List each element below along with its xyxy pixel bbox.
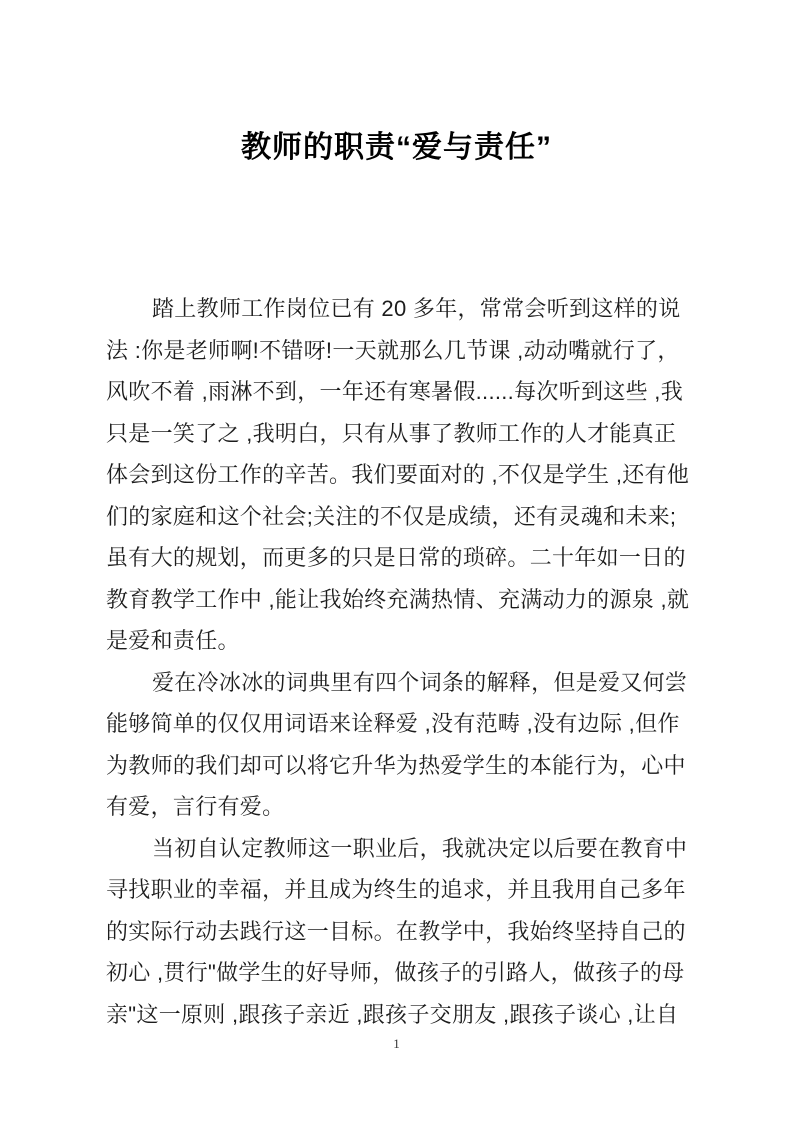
text-line: 能够简单的仅仅用词语来诠释爱 ,没有范畴 ,没有边际 ,但作	[106, 703, 684, 745]
text-line: 初心 ,贯行"做学生的好导师，做孩子的引路人，做孩子的母	[106, 952, 684, 994]
text-line: 只是一笑了之 ,我明白，只有从事了教师工作的人才能真正	[106, 413, 684, 455]
document-page: 教师的职责“爱与责任” 踏上教师工作岗位已有 20 多年，常常会听到这样的说 法…	[0, 0, 793, 1122]
text-line: 当初自认定教师这一职业后，我就决定以后要在教育中	[106, 828, 684, 870]
text-line: 寻找职业的幸福，并且成为终生的追求，并且我用自己多年	[106, 869, 684, 911]
text-line: 是爱和责任。	[106, 620, 684, 662]
text-line: 踏上教师工作岗位已有 20 多年，常常会听到这样的说	[106, 288, 684, 330]
text-line: 们的家庭和这个社会;关注的不仅是成绩，还有灵魂和未来;	[106, 496, 684, 538]
document-body: 踏上教师工作岗位已有 20 多年，常常会听到这样的说 法 :你是老师啊!不错呀!…	[106, 288, 684, 1035]
text-line: 的实际行动去践行这一目标。在教学中，我始终坚持自己的	[106, 911, 684, 953]
text-line: 法 :你是老师啊!不错呀!一天就那么几节课 ,动动嘴就行了，	[106, 330, 684, 372]
text-line: 教育教学工作中 ,能让我始终充满热情、充满动力的源泉 ,就	[106, 579, 684, 621]
text-line: 风吹不着 ,雨淋不到，一年还有寒暑假......每次听到这些 ,我	[106, 371, 684, 413]
paragraph: 爱在冷冰冰的词典里有四个词条的解释，但是爱又何尝 能够简单的仅仅用词语来诠释爱 …	[106, 662, 684, 828]
text-line: 为教师的我们却可以将它升华为热爱学生的本能行为，心中	[106, 745, 684, 787]
page-title: 教师的职责“爱与责任”	[0, 128, 793, 168]
text-line: 虽有大的规划，而更多的只是日常的琐碎。二十年如一日的	[106, 537, 684, 579]
paragraph: 踏上教师工作岗位已有 20 多年，常常会听到这样的说 法 :你是老师啊!不错呀!…	[106, 288, 684, 662]
text-line: 爱在冷冰冰的词典里有四个词条的解释，但是爱又何尝	[106, 662, 684, 704]
paragraph: 当初自认定教师这一职业后，我就决定以后要在教育中 寻找职业的幸福，并且成为终生的…	[106, 828, 684, 1036]
text-line: 亲"这一原则 ,跟孩子亲近 ,跟孩子交朋友 ,跟孩子谈心 ,让自	[106, 994, 684, 1036]
text-line: 体会到这份工作的辛苦。我们要面对的 ,不仅是学生 ,还有他	[106, 454, 684, 496]
page-number: 1	[0, 1036, 793, 1052]
text-line: 有爱，言行有爱。	[106, 786, 684, 828]
